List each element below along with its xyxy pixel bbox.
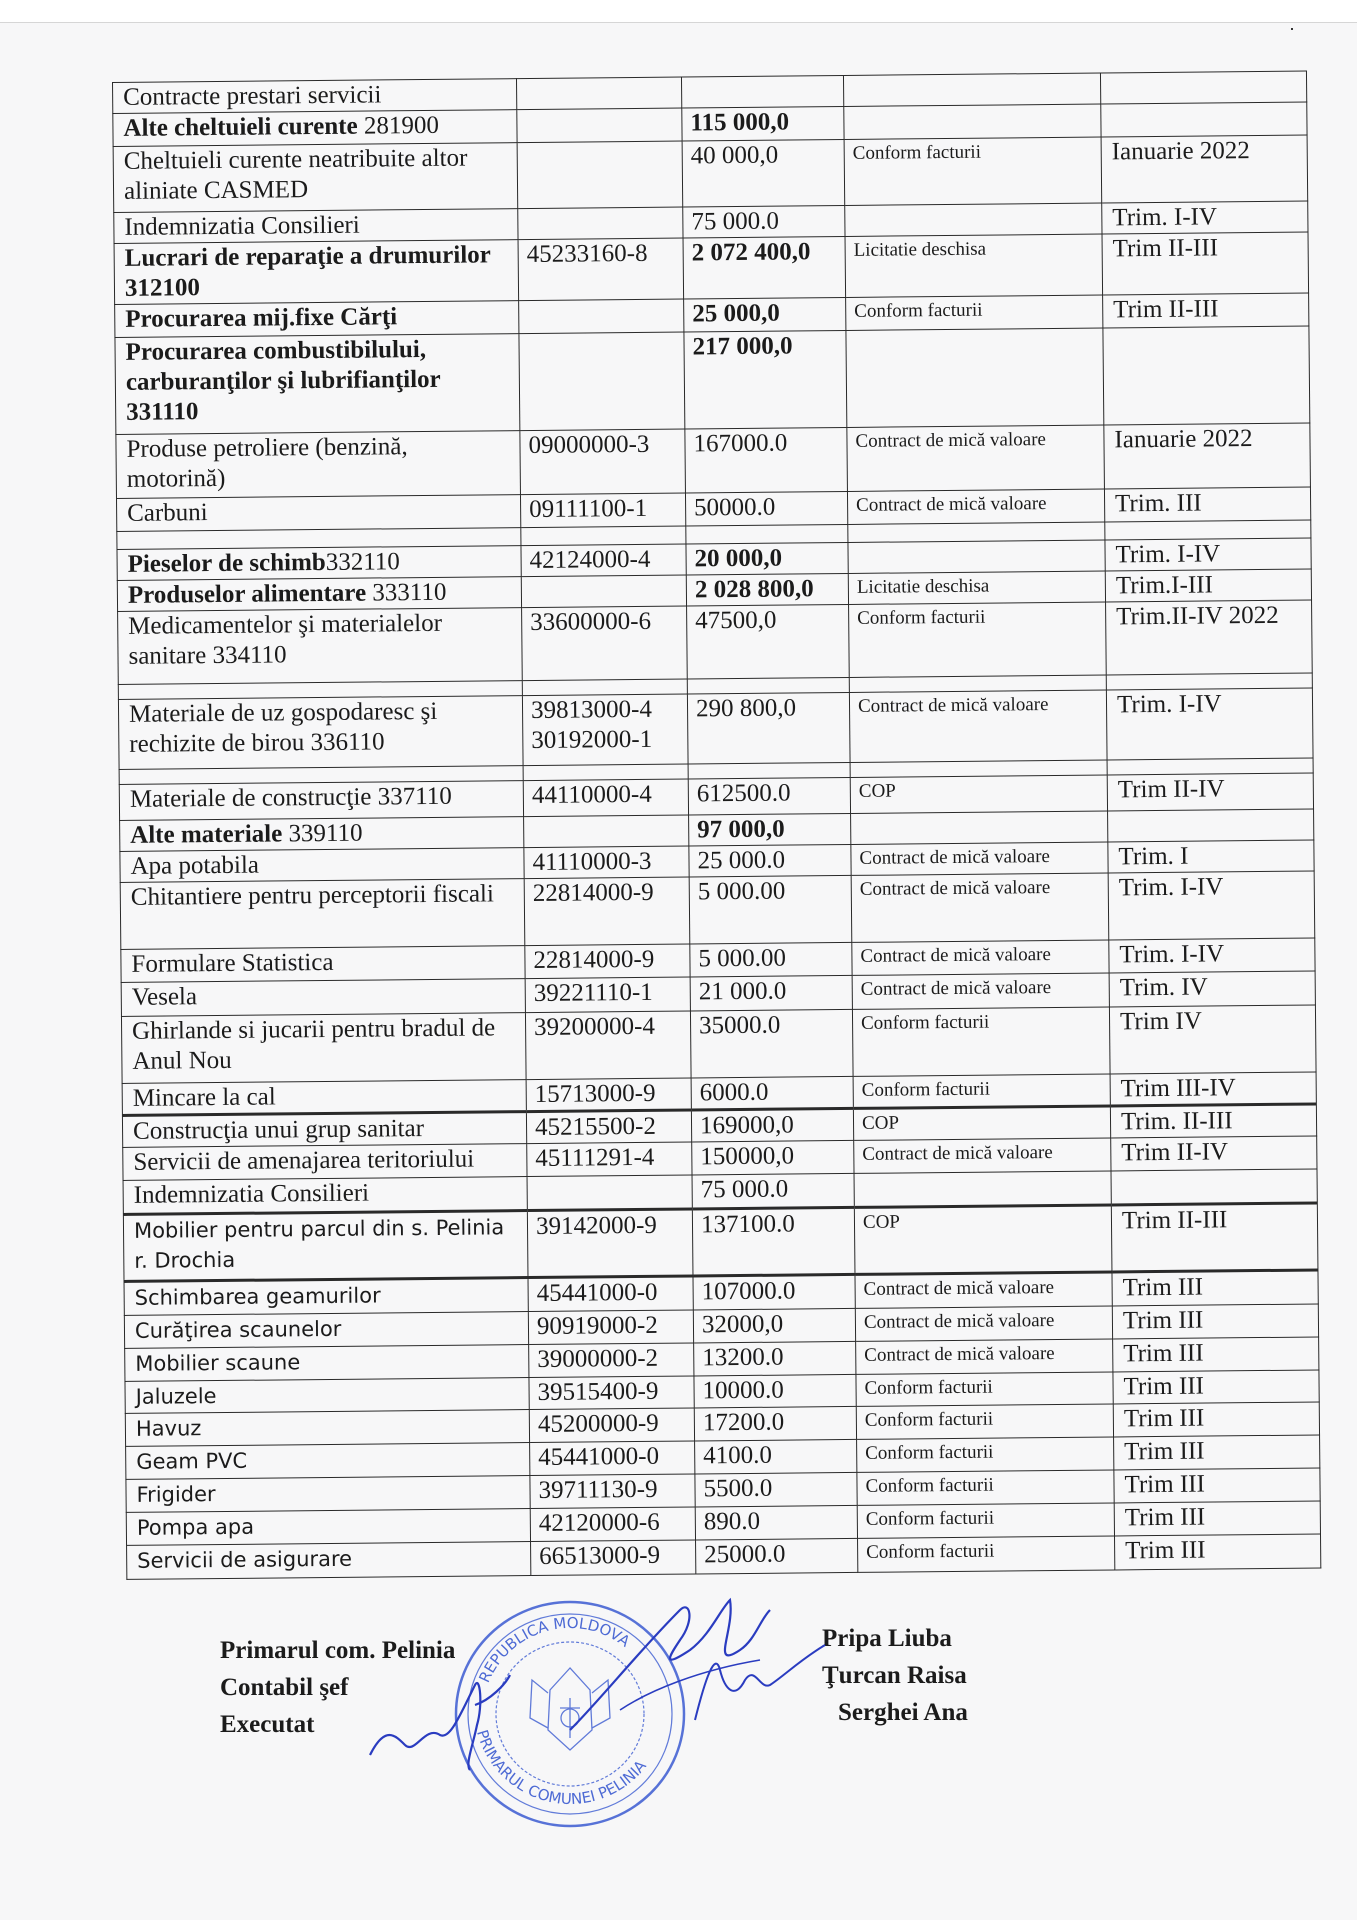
cell-amount: 107000.0 xyxy=(693,1274,855,1310)
cell-procedure: Conform facturii xyxy=(852,1007,1110,1076)
cell-procedure: COP xyxy=(854,1205,1112,1274)
cell-amount xyxy=(687,677,849,694)
cell-amount: 40 000,0 xyxy=(682,139,845,207)
item-name: Contracte prestari servicii xyxy=(123,81,381,110)
cell-term: Ianuarie 2022 xyxy=(1104,423,1311,489)
table-row: Produse petroliere (benzină, motorină)09… xyxy=(116,423,1311,498)
cell-procedure: Conform facturii xyxy=(853,1074,1110,1108)
cell-procedure xyxy=(843,73,1100,106)
cell-cpv-code: 39813000-4 30192000-1 xyxy=(522,694,688,766)
cell-term: Trim. I-IV xyxy=(1108,871,1315,940)
cell-amount: 5 000.00 xyxy=(689,875,852,944)
cell-item-name: Schimbarea geamurilor xyxy=(124,1278,528,1316)
item-name: Cheltuieli curente neatribuite altor ali… xyxy=(124,145,468,205)
cell-procedure: Contract de mică valoare xyxy=(855,1306,1112,1341)
cell-amount xyxy=(688,762,850,779)
cell-term: Trim II-III xyxy=(1111,1203,1318,1272)
cell-cpv-code: 09000000-3 xyxy=(520,429,686,495)
cell-term: Trim IV xyxy=(1109,1005,1316,1074)
item-name: Curăţirea scaunelor xyxy=(135,1317,342,1343)
cell-term: Trim III xyxy=(1114,1435,1320,1470)
item-name-bold: Alte materiale xyxy=(130,820,282,848)
item-name-bold: Lucrari de reparaţie a drumurilor 312100 xyxy=(125,241,491,302)
cell-cpv-code: 39142000-9 xyxy=(527,1209,693,1278)
cell-item-name: Geam PVC xyxy=(126,1443,530,1480)
cell-amount: 97 000,0 xyxy=(689,813,851,846)
cell-amount: 290 800,0 xyxy=(687,692,850,764)
cell-item-name: Medicamentelor şi materialelor sanitare … xyxy=(118,608,523,685)
item-name: Construcţia unui grup sanitar xyxy=(133,1115,424,1145)
cell-amount: 137100.0 xyxy=(692,1207,855,1276)
cell-cpv-code xyxy=(521,575,686,608)
cell-cpv-code: 45441000-0 xyxy=(528,1276,693,1312)
cell-item-name: Chitantiere pentru perceptorii fiscali xyxy=(120,879,525,950)
item-name: Schimbarea geamurilor xyxy=(135,1283,381,1309)
item-name: Indemnizatia Consilieri xyxy=(134,1180,370,1209)
cell-amount: 21 000.0 xyxy=(690,975,852,1011)
item-name-bold: Alte cheltuieli curente xyxy=(123,113,357,142)
cell-cpv-code: 42124000-4 xyxy=(521,544,686,577)
cell-term: Trim II-III xyxy=(1103,293,1309,328)
cell-procedure xyxy=(845,203,1102,236)
cell-term: Trim III xyxy=(1112,1270,1318,1306)
cell-procedure: Conform facturii xyxy=(857,1503,1114,1538)
cell-procedure: Conform facturii xyxy=(846,295,1103,330)
signature-names: Pripa Liuba Ţurcan Raisa Serghei Ana xyxy=(822,1620,968,1731)
cell-item-name: Jaluzele xyxy=(125,1378,529,1414)
cell-amount: 5 000.00 xyxy=(690,942,852,977)
cell-item-name: Indemnizatia Consilieri xyxy=(123,1177,527,1215)
cell-amount: 20 000,0 xyxy=(686,542,848,575)
table-row: Cheltuieli curente neatribuite altor ali… xyxy=(113,135,1308,212)
cell-item-name: Pompa apa xyxy=(126,1509,530,1546)
cell-amount: 217 000,0 xyxy=(684,330,847,429)
item-name: 333110 xyxy=(366,579,447,607)
cell-term: Trim III xyxy=(1113,1402,1319,1437)
cell-procedure: Contract de mică valoare xyxy=(851,873,1109,942)
cell-item-name: Lucrari de reparaţie a drumurilor 312100 xyxy=(114,240,519,305)
item-name-bold: Procurarea combustibilului, carburanţilo… xyxy=(125,336,440,426)
item-name-bold: Produselor alimentare xyxy=(128,580,366,609)
cell-amount: 2 072 400,0 xyxy=(683,236,846,299)
cell-item-name: Apa potabila xyxy=(120,848,524,883)
cell-amount: 115 000,0 xyxy=(682,106,844,141)
cell-item-name: Mincare la cal xyxy=(122,1080,526,1116)
cell-amount: 169000,0 xyxy=(691,1108,853,1142)
item-name: 339110 xyxy=(282,820,363,848)
item-name: Materiale de uz gospodaresc şi rechizite… xyxy=(129,698,437,758)
cell-term: Trim. I xyxy=(1108,840,1314,873)
cell-cpv-code: 42120000-6 xyxy=(530,1507,695,1542)
item-name: Chitantiere pentru perceptorii fiscali xyxy=(131,880,494,910)
cell-item-name: Cheltuieli curente neatribuite altor ali… xyxy=(113,143,518,213)
cell-amount xyxy=(686,524,848,544)
cell-procedure: Conform facturii xyxy=(857,1470,1114,1505)
item-name-bold: Procurarea mij.fixe Cărţi xyxy=(125,303,397,333)
cell-amount: 32000,0 xyxy=(693,1308,855,1343)
cell-procedure: Contract de mică valoare xyxy=(847,425,1105,491)
cell-cpv-code: 22814000-9 xyxy=(525,944,690,979)
cell-cpv-code: 90919000-2 xyxy=(528,1310,693,1345)
cell-item-name: Construcţia unui grup sanitar xyxy=(122,1112,526,1148)
cell-item-name: Produselor alimentare 333110 xyxy=(117,577,521,612)
cell-item-name: Vesela xyxy=(121,979,525,1017)
cell-cpv-code: 09111100-1 xyxy=(520,493,685,528)
cell-amount: 75 000.0 xyxy=(683,205,845,238)
cell-procedure: Contract de mică valoare xyxy=(852,940,1109,975)
cell-amount: 612500.0 xyxy=(688,777,850,815)
cell-term: Trim II-IV xyxy=(1107,773,1313,811)
cell-term xyxy=(1111,1169,1317,1205)
name-mayor: Pripa Liuba xyxy=(822,1620,968,1657)
cell-amount: 890.0 xyxy=(695,1505,857,1540)
cell-amount: 150000,0 xyxy=(692,1140,854,1175)
cell-item-name: Havuz xyxy=(125,1410,529,1447)
cell-procedure: COP xyxy=(850,775,1107,813)
cell-term: Trim. IV xyxy=(1109,971,1315,1007)
cell-amount: 35000.0 xyxy=(690,1009,853,1078)
cell-cpv-code: 15713000-9 xyxy=(526,1078,691,1112)
cell-term: Trim III xyxy=(1114,1501,1320,1536)
cell-item-name: Frigider xyxy=(126,1476,530,1513)
cell-item-name: Materiale de uz gospodaresc şi rechizite… xyxy=(118,696,523,770)
table-row: Medicamentelor şi materialelor sanitare … xyxy=(118,600,1313,684)
cell-procedure: Contract de mică valoare xyxy=(855,1272,1112,1308)
name-chief-accountant: Ţurcan Raisa xyxy=(822,1657,968,1694)
cell-term: Trim II-III xyxy=(1102,232,1309,295)
cell-term xyxy=(1103,326,1310,425)
cell-item-name: Curăţirea scaunelor xyxy=(124,1312,528,1349)
cell-procedure: Licitatie deschisa xyxy=(848,571,1105,604)
item-name: Vesela xyxy=(132,983,198,1011)
cell-item-name: Produse petroliere (benzină, motorină) xyxy=(116,431,521,499)
cell-item-name: Mobilier scaune xyxy=(125,1345,529,1382)
cell-procedure xyxy=(851,811,1108,844)
item-name: Carbuni xyxy=(127,499,208,527)
cell-cpv-code: 44110000-4 xyxy=(523,779,688,817)
cell-cpv-code: 22814000-9 xyxy=(524,877,690,946)
cell-cpv-code xyxy=(522,679,687,696)
cell-cpv-code: 33600000-6 xyxy=(522,606,688,681)
item-name: Servicii de asigurare xyxy=(137,1547,352,1573)
role-mayor: Primarul com. Pelinia xyxy=(220,1632,455,1669)
cell-cpv-code: 39221110-1 xyxy=(525,977,690,1013)
cell-cpv-code: 45200000-9 xyxy=(529,1408,694,1443)
cell-amount: 2 028 800,0 xyxy=(686,573,848,606)
cell-cpv-code: 39200000-4 xyxy=(525,1011,691,1080)
cell-cpv-code xyxy=(518,207,683,240)
cell-term: Trim III xyxy=(1115,1534,1321,1570)
cell-amount: 25000.0 xyxy=(696,1538,858,1574)
item-name: Formulare Statistica xyxy=(131,949,333,978)
cell-amount: 13200.0 xyxy=(694,1341,856,1376)
cell-item-name: Procurarea combustibilului, carburanţilo… xyxy=(115,334,520,435)
cell-term xyxy=(1108,809,1314,842)
scan-speck xyxy=(1291,28,1293,30)
cell-term xyxy=(1105,520,1311,540)
cell-procedure: Contract de mică valoare xyxy=(856,1339,1113,1374)
cell-amount: 6000.0 xyxy=(691,1076,853,1110)
cell-term: Trim. I-IV xyxy=(1102,201,1308,234)
cell-cpv-code: 39000000-2 xyxy=(529,1343,694,1378)
cell-cpv-code: 41110000-3 xyxy=(524,846,689,879)
cell-procedure: Conform facturii xyxy=(844,137,1102,205)
table-row: Chitantiere pentru perceptorii fiscali22… xyxy=(120,871,1315,949)
cell-term: Trim. I-IV xyxy=(1105,538,1311,571)
cell-amount: 4100.0 xyxy=(695,1439,857,1474)
table-row: Materiale de uz gospodaresc şi rechizite… xyxy=(118,688,1313,769)
item-name: Ghirlande si jucarii pentru bradul de An… xyxy=(132,1014,495,1074)
item-name-bold: Pieselor de schimb xyxy=(128,549,326,578)
cell-procedure: Conform facturii xyxy=(856,1372,1113,1406)
cell-cpv-code: 39515400-9 xyxy=(529,1376,694,1410)
cell-term: Trim. III xyxy=(1104,487,1310,522)
item-name: Havuz xyxy=(136,1416,202,1441)
cell-term xyxy=(1100,71,1306,104)
cell-amount: 5500.0 xyxy=(695,1472,857,1507)
cell-procedure: Contract de mică valoare xyxy=(847,489,1104,524)
cell-item-name: Alte cheltuieli curente 281900 xyxy=(113,110,517,147)
cell-cpv-code xyxy=(521,526,686,546)
cell-cpv-code xyxy=(524,815,689,848)
cell-amount xyxy=(681,75,843,108)
cell-procedure: Contract de mică valoare xyxy=(852,973,1109,1009)
signature-executed xyxy=(365,1665,515,1775)
name-executed-by: Serghei Ana xyxy=(822,1694,968,1731)
cell-cpv-code: 45215500-2 xyxy=(526,1110,691,1144)
cell-amount: 10000.0 xyxy=(694,1374,856,1408)
cell-procedure: Conform facturii xyxy=(856,1404,1113,1439)
cell-cpv-code: 45441000-0 xyxy=(530,1441,695,1476)
cell-cpv-code xyxy=(523,764,688,781)
cell-term: Trim. I-IV xyxy=(1109,938,1315,973)
signature-accountant xyxy=(690,1640,830,1730)
table-row: Procurarea combustibilului, carburanţilo… xyxy=(115,326,1310,434)
item-name: Frigider xyxy=(136,1482,215,1507)
cell-term: Trim III xyxy=(1114,1468,1320,1503)
cell-amount: 47500,0 xyxy=(687,604,850,679)
cell-term: Trim II-IV xyxy=(1111,1136,1317,1171)
scan-top-edge xyxy=(0,0,1357,23)
item-name: Produse petroliere (benzină, motorină) xyxy=(126,433,407,493)
cell-procedure: Conform facturii xyxy=(858,1536,1115,1572)
cell-amount: 50000.0 xyxy=(685,491,847,526)
cell-item-name: Ghirlande si jucarii pentru bradul de An… xyxy=(121,1013,526,1084)
cell-item-name: Materiale de construcţie 337110 xyxy=(119,781,523,821)
cell-cpv-code: 39711130-9 xyxy=(530,1474,695,1509)
table-row: Ghirlande si jucarii pentru bradul de An… xyxy=(121,1005,1316,1083)
cell-item-name: Servicii de asigurare xyxy=(127,1542,531,1580)
cell-cpv-code xyxy=(519,332,685,431)
item-name: 332110 xyxy=(326,548,400,576)
cell-procedure: COP xyxy=(853,1106,1110,1140)
cell-amount: 75 000.0 xyxy=(692,1173,854,1209)
cell-cpv-code: 45111291-4 xyxy=(527,1142,692,1177)
cell-term: Trim.I-III xyxy=(1105,569,1311,602)
cell-term: Trim III-IV xyxy=(1110,1072,1316,1106)
cell-amount: 25 000,0 xyxy=(684,297,846,332)
cell-item-name: Contracte prestari servicii xyxy=(113,79,517,114)
procurement-plan-table: Contracte prestari serviciiAlte cheltuie… xyxy=(112,71,1321,1580)
cell-procedure xyxy=(844,104,1101,139)
item-name: Indemnizatia Consilieri xyxy=(124,212,360,241)
cell-term: Trim III xyxy=(1112,1304,1318,1339)
cell-procedure: Contract de mică valoare xyxy=(849,690,1107,762)
table-row: Lucrari de reparaţie a drumurilor 312100… xyxy=(114,232,1309,304)
cell-item-name: Procurarea mij.fixe Cărţi xyxy=(115,301,519,338)
cell-cpv-code xyxy=(517,108,682,143)
cell-item-name: Alte materiale 339110 xyxy=(120,817,524,852)
cell-procedure: Licitatie deschisa xyxy=(845,234,1103,297)
item-name: Medicamentelor şi materialelor sanitare … xyxy=(128,610,442,670)
cell-procedure: Conform facturii xyxy=(857,1437,1114,1472)
cell-cpv-code xyxy=(519,299,684,334)
cell-term: Trim.II-IV 2022 xyxy=(1106,600,1313,675)
cell-item-name: Carbuni xyxy=(116,495,520,532)
cell-procedure: Contract de mică valoare xyxy=(854,1138,1111,1173)
cell-procedure xyxy=(854,1171,1111,1207)
cell-procedure: Conform facturii xyxy=(849,602,1107,677)
cell-term: Trim. II-III xyxy=(1110,1104,1316,1138)
cell-term xyxy=(1101,102,1307,137)
cell-term: Trim. I-IV xyxy=(1106,688,1313,760)
cell-item-name: Servicii de amenajarea teritoriului xyxy=(123,1144,527,1181)
item-name: Mobilier pentru parcul din s. Pelinia r.… xyxy=(134,1215,504,1273)
item-name: 281900 xyxy=(358,112,440,140)
cell-procedure: Contract de mică valoare xyxy=(851,842,1108,875)
cell-amount: 167000.0 xyxy=(685,427,848,493)
cell-procedure xyxy=(846,328,1104,427)
cell-cpv-code: 45233160-8 xyxy=(518,238,684,301)
item-name: Mobilier scaune xyxy=(135,1350,300,1376)
cell-term: Ianuarie 2022 xyxy=(1101,135,1308,203)
cell-term: Trim III xyxy=(1113,1337,1319,1372)
item-name: Servicii de amenajarea teritoriului xyxy=(133,1146,474,1176)
cell-item-name: Formulare Statistica xyxy=(121,946,525,983)
cell-term: Trim III xyxy=(1113,1370,1319,1404)
cell-cpv-code: 66513000-9 xyxy=(531,1540,696,1576)
table-row: Mobilier pentru parcul din s. Pelinia r.… xyxy=(123,1203,1318,1281)
item-name: Pompa apa xyxy=(137,1515,254,1540)
cell-amount: 25 000.0 xyxy=(689,844,851,877)
cell-procedure xyxy=(848,540,1105,573)
cell-cpv-code xyxy=(527,1175,692,1211)
cell-item-name: Indemnizatia Consilieri xyxy=(114,209,518,244)
item-name: Geam PVC xyxy=(136,1449,247,1474)
item-name: Materiale de construcţie 337110 xyxy=(130,783,452,813)
cell-cpv-code xyxy=(517,141,683,209)
item-name: Jaluzele xyxy=(136,1384,217,1409)
item-name: Mincare la cal xyxy=(133,1083,276,1111)
item-name: Apa potabila xyxy=(130,852,259,880)
cell-amount: 17200.0 xyxy=(694,1406,856,1441)
cell-item-name: Mobilier pentru parcul din s. Pelinia r.… xyxy=(123,1211,528,1282)
cell-item-name: Pieselor de schimb332110 xyxy=(117,546,521,581)
cell-cpv-code xyxy=(516,77,681,110)
